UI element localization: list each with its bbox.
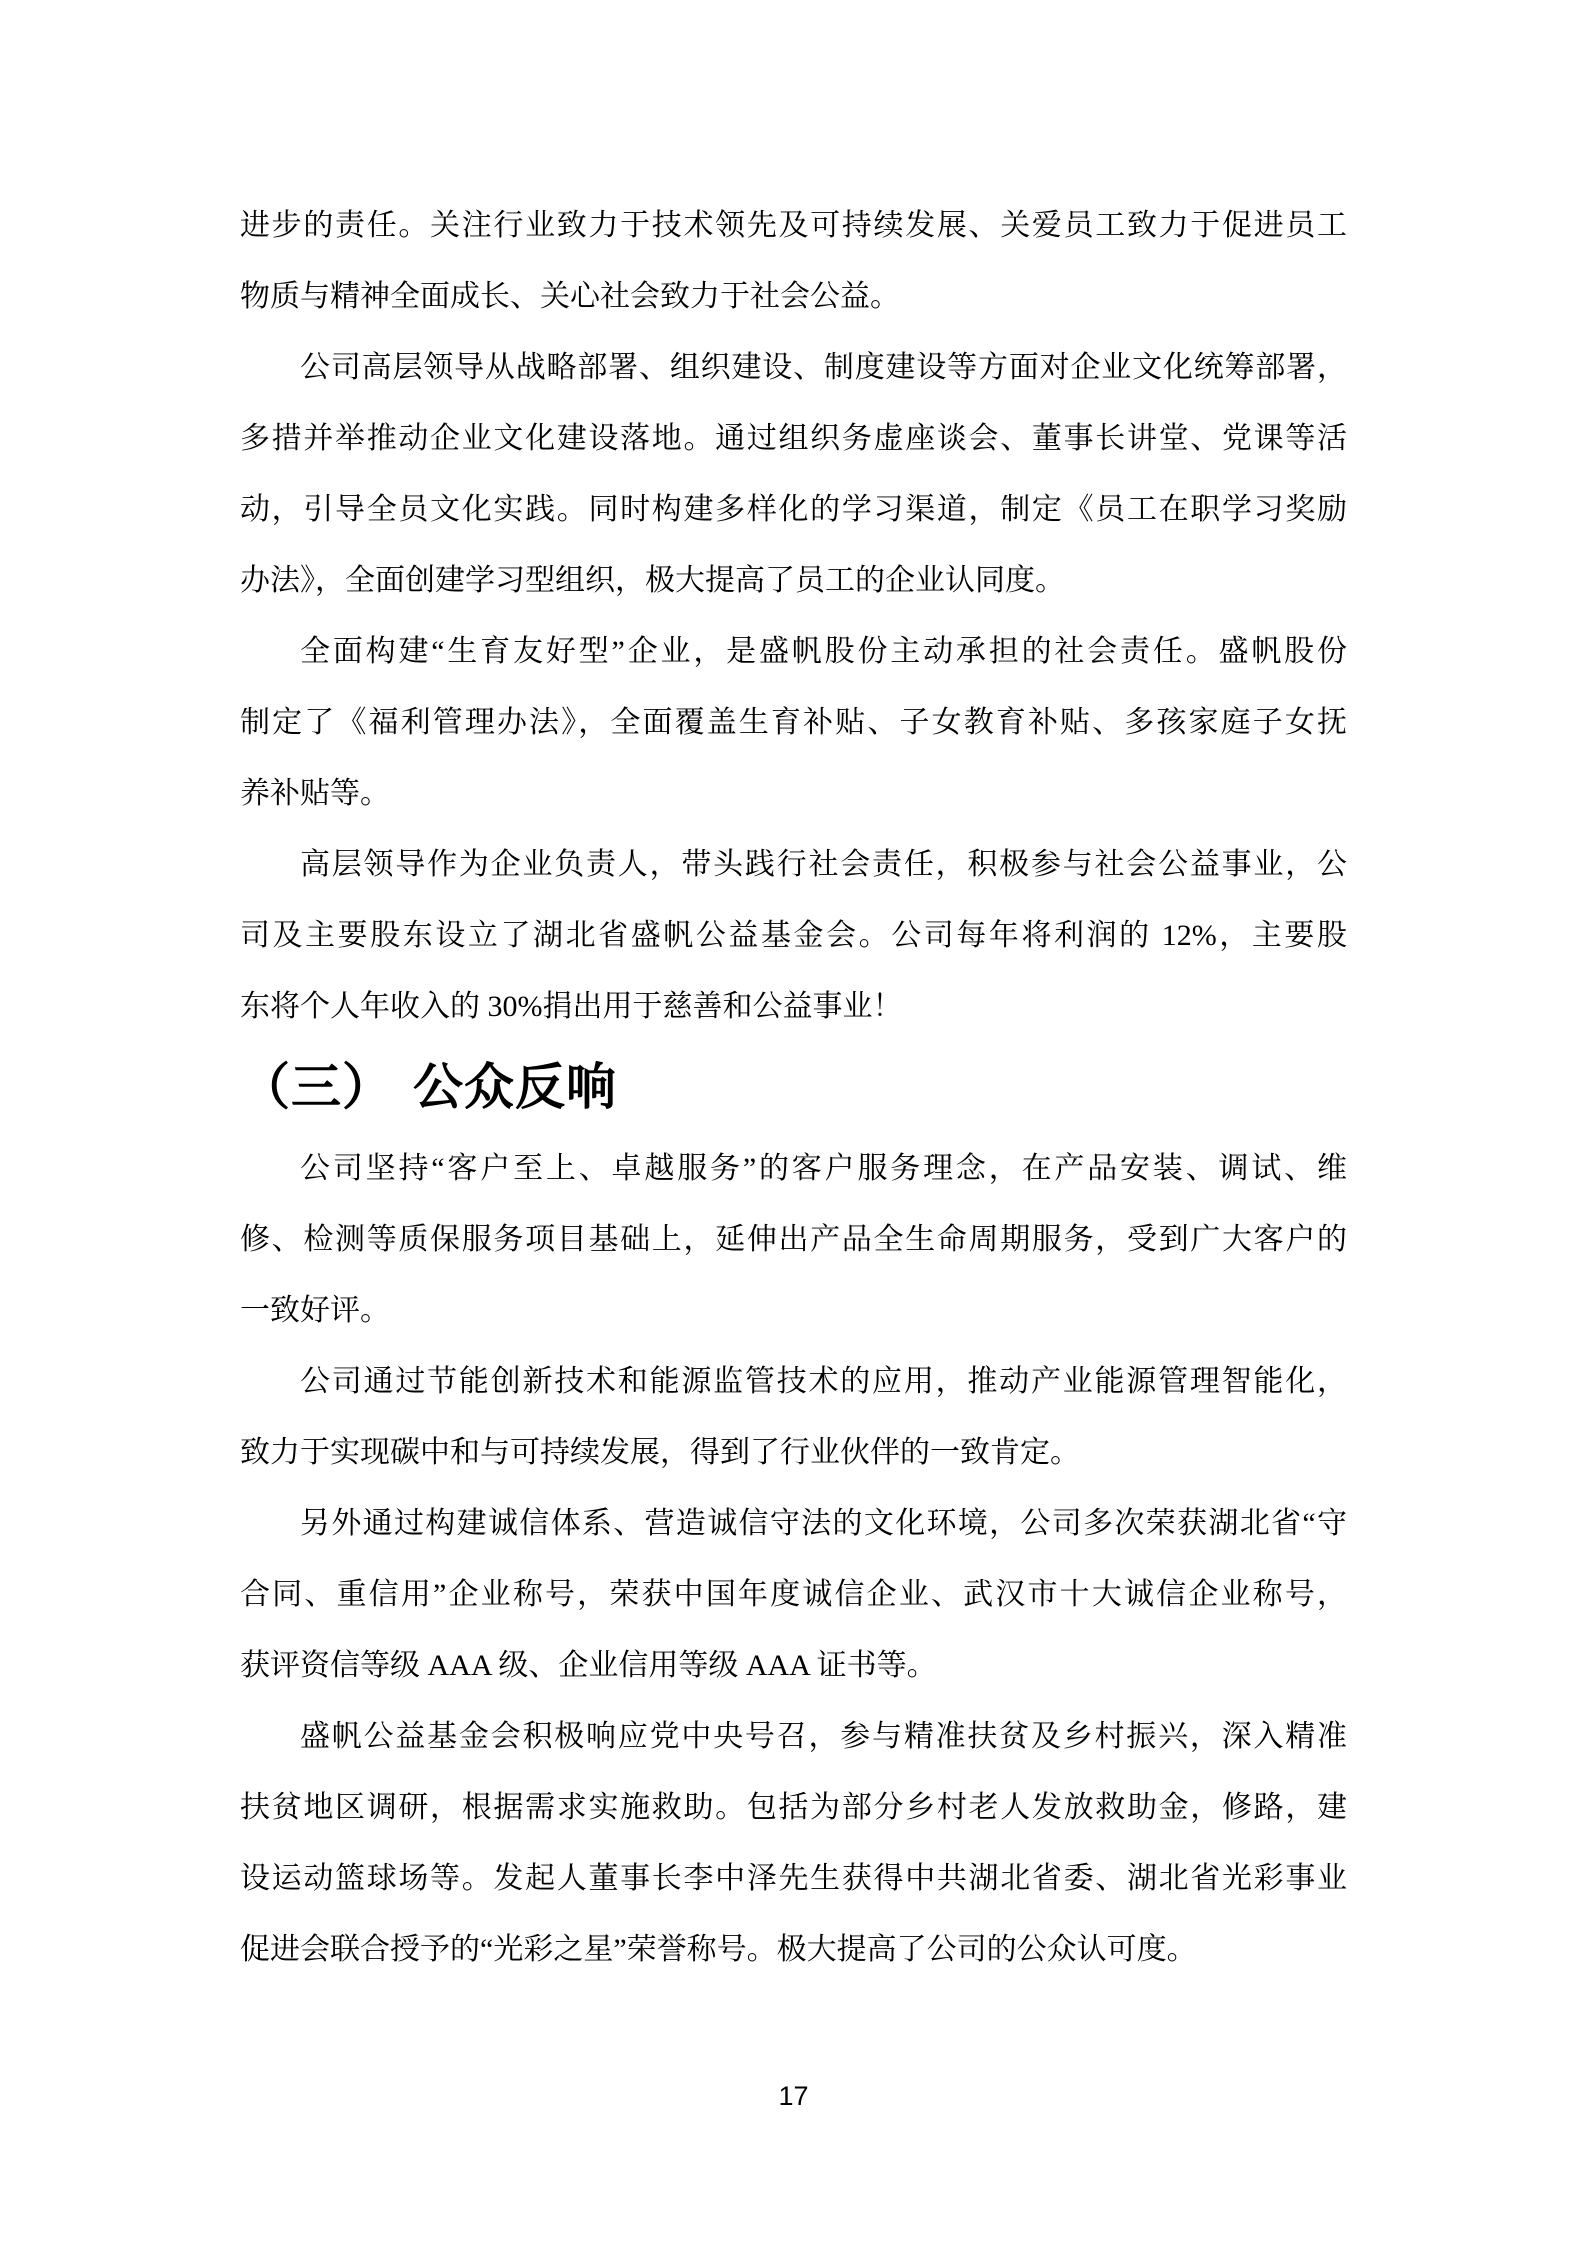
text-line: 办法》，全面创建学习型组织，极大提高了员工的企业认同度。 — [240, 545, 1347, 616]
section-heading: （三）公众反响 — [240, 1042, 1347, 1133]
text-line: 司及主要股东设立了湖北省盛帆公益基金会。公司每年将利润的 12%，主要股 — [240, 900, 1347, 971]
section-number: （三） — [240, 1059, 393, 1115]
text-line: 公司通过节能创新技术和能源监管技术的应用，推动产业能源管理智能化， — [240, 1346, 1347, 1417]
document-page: 进步的责任。关注行业致力于技术领先及可持续发展、关爱员工致力于促进员工物质与精神… — [0, 0, 1587, 2245]
text-line: 盛帆公益基金会积极响应党中央号召，参与精准扶贫及乡村振兴，深入精准 — [240, 1701, 1347, 1772]
text-line: 东将个人年收入的 30%捐出用于慈善和公益事业！ — [240, 971, 1347, 1042]
text-line: 制定了《福利管理办法》，全面覆盖生育补贴、子女教育补贴、多孩家庭子女抚 — [240, 687, 1347, 758]
document-body: 进步的责任。关注行业致力于技术领先及可持续发展、关爱员工致力于促进员工物质与精神… — [240, 190, 1347, 1985]
text-line: 合同、重信用”企业称号，荣获中国年度诚信企业、武汉市十大诚信企业称号， — [240, 1559, 1347, 1630]
text-line: 物质与精神全面成长、关心社会致力于社会公益。 — [240, 261, 1347, 332]
text-line: 修、检测等质保服务项目基础上，延伸出产品全生命周期服务，受到广大客户的 — [240, 1204, 1347, 1275]
text-line: 进步的责任。关注行业致力于技术领先及可持续发展、关爱员工致力于促进员工 — [240, 190, 1347, 261]
text-line: 一致好评。 — [240, 1275, 1347, 1346]
text-line: 获评资信等级 AAA 级、企业信用等级 AAA 证书等。 — [240, 1630, 1347, 1701]
text-line: 另外通过构建诚信体系、营造诚信守法的文化环境，公司多次荣获湖北省“守 — [240, 1488, 1347, 1559]
text-line: 公司坚持“客户至上、卓越服务”的客户服务理念，在产品安装、调试、维 — [240, 1133, 1347, 1204]
text-line: 扶贫地区调研，根据需求实施救助。包括为部分乡村老人发放救助金，修路，建 — [240, 1772, 1347, 1843]
text-line: 设运动篮球场等。发起人董事长李中泽先生获得中共湖北省委、湖北省光彩事业 — [240, 1843, 1347, 1914]
text-line: 促进会联合授予的“光彩之星”荣誉称号。极大提高了公司的公众认可度。 — [240, 1914, 1347, 1985]
text-line: 高层领导作为企业负责人，带头践行社会责任，积极参与社会公益事业，公 — [240, 829, 1347, 900]
text-line: 多措并举推动企业文化建设落地。通过组织务虚座谈会、董事长讲堂、党课等活 — [240, 403, 1347, 474]
page-number: 17 — [0, 2076, 1587, 2116]
text-line: 致力于实现碳中和与可持续发展，得到了行业伙伴的一致肯定。 — [240, 1417, 1347, 1488]
text-line: 公司高层领导从战略部署、组织建设、制度建设等方面对企业文化统筹部署， — [240, 332, 1347, 403]
text-line: 全面构建“生育友好型”企业，是盛帆股份主动承担的社会责任。盛帆股份 — [240, 616, 1347, 687]
text-line: 养补贴等。 — [240, 758, 1347, 829]
section-title: 公众反响 — [413, 1059, 617, 1115]
text-line: 动，引导全员文化实践。同时构建多样化的学习渠道，制定《员工在职学习奖励 — [240, 474, 1347, 545]
